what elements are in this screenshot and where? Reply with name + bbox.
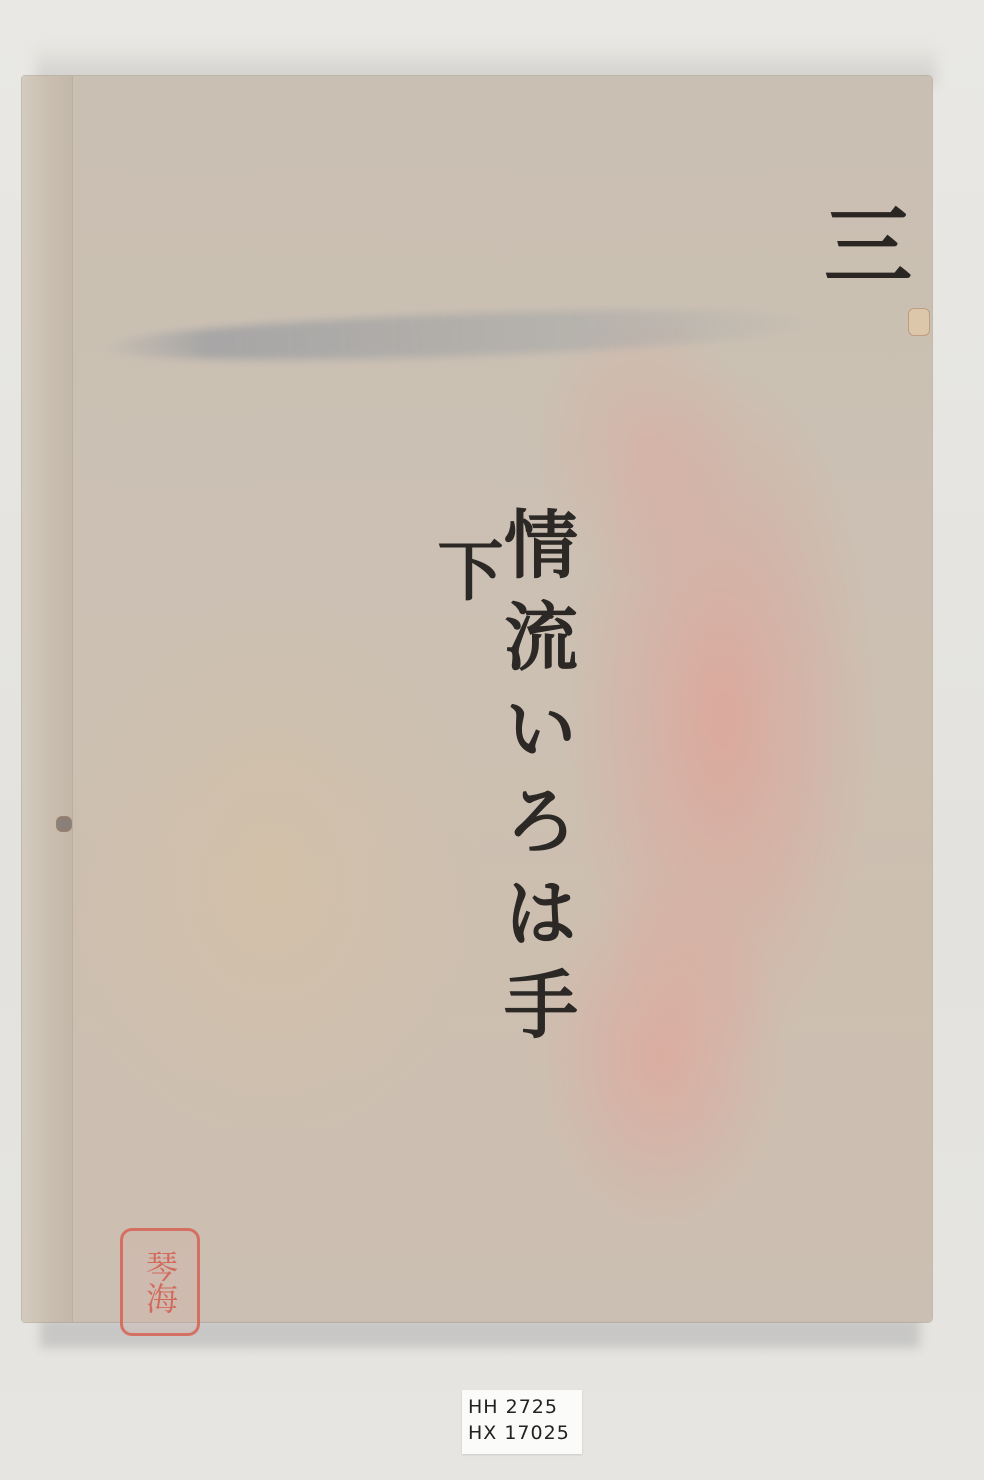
- red-seal-stamp: 琴海: [120, 1228, 200, 1336]
- blue-ink-stroke: [99, 301, 820, 368]
- book-cover: 三 情流いろは手 下 琴海: [22, 76, 932, 1322]
- catalog-label-line-2: HX 17025: [468, 1420, 576, 1446]
- binding-thread-left: [56, 816, 72, 832]
- cover-title-sub: 下: [432, 536, 498, 620]
- binding-thread-right: [908, 308, 930, 336]
- catalog-label-line-1: HH 2725: [468, 1394, 576, 1420]
- catalog-label: HH 2725 HX 17025: [462, 1390, 582, 1454]
- cover-title-main: 情流いろは手: [498, 506, 572, 1058]
- book-spine: [22, 76, 73, 1322]
- volume-number: 三: [818, 186, 918, 306]
